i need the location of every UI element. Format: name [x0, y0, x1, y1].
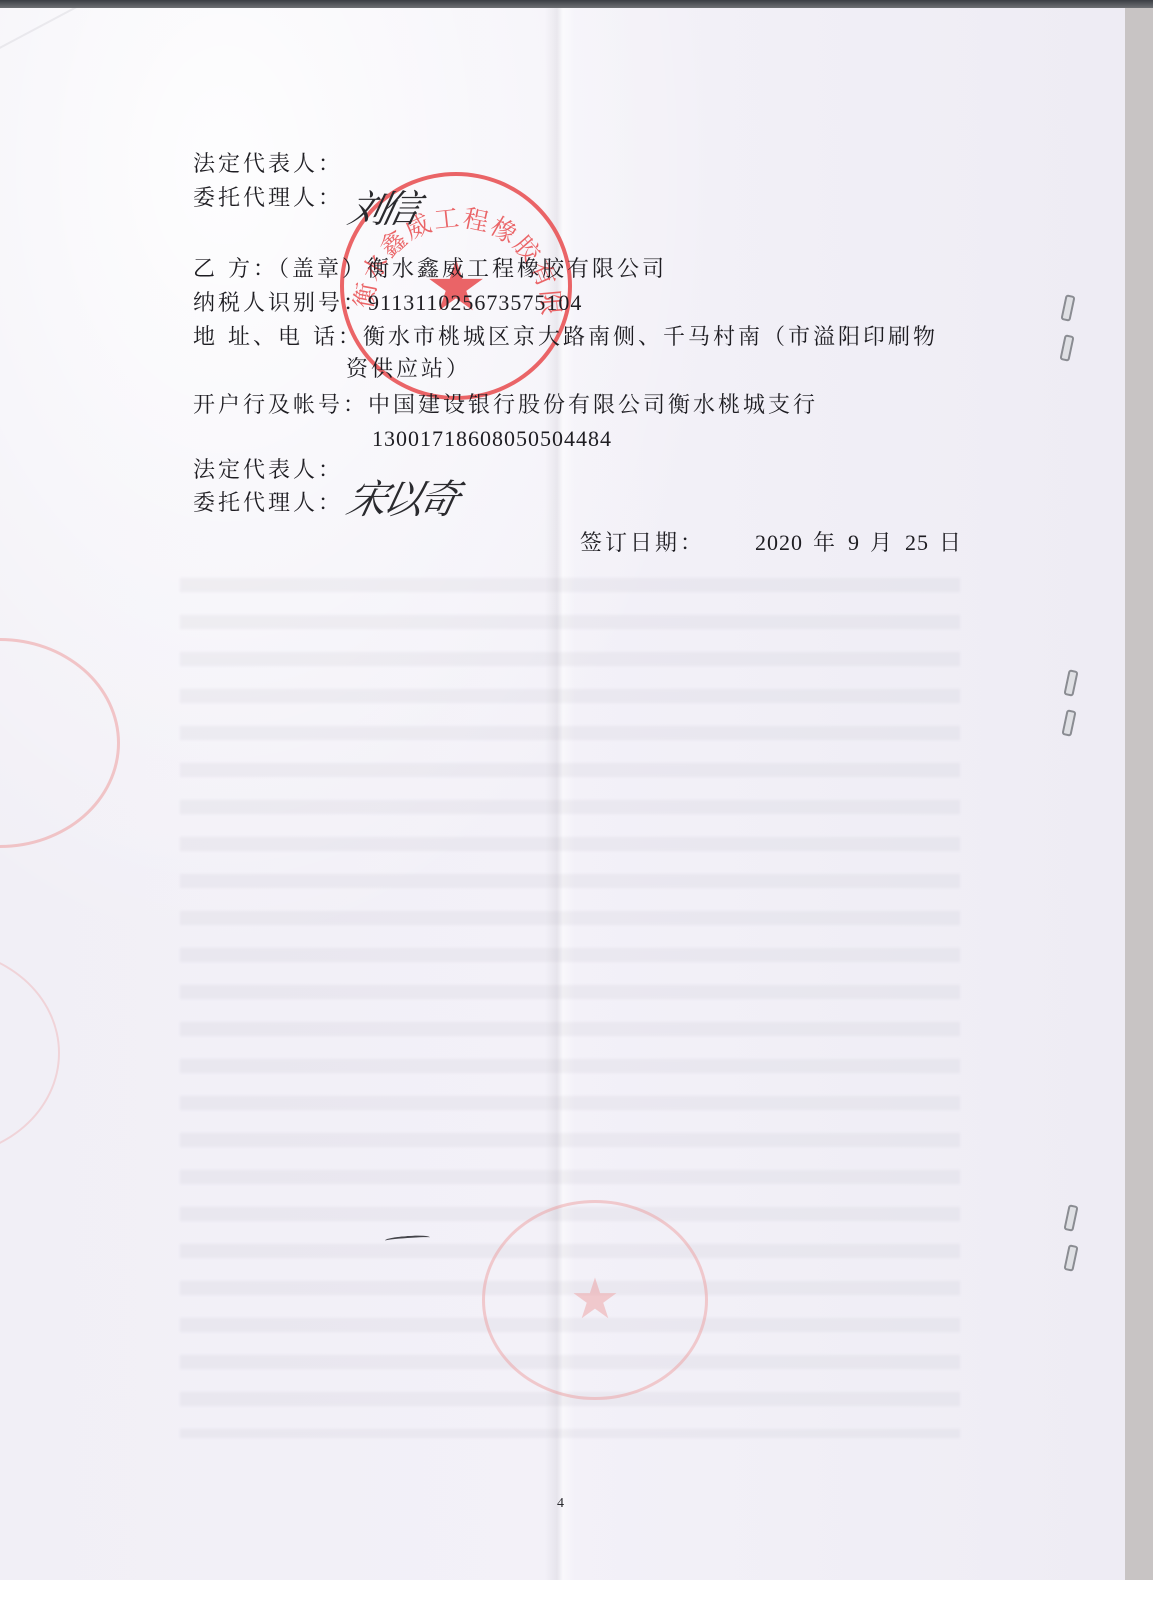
- party-a-legal-rep-label: 法定代表人：: [193, 150, 343, 180]
- party-a-agent-signature: 刘信: [344, 178, 420, 233]
- bank-account-number: 13001718608050504484: [372, 424, 612, 454]
- bank-label: 开户行及帐号：: [193, 391, 368, 421]
- party-b-agent-signature: 宋以奇: [342, 468, 462, 525]
- tax-id-value: 911311025673575104: [368, 288, 582, 318]
- signing-year-unit: 年: [813, 531, 838, 556]
- bank-line: 开户行及帐号：中国建设银行股份有限公司衡水桃城支行: [193, 391, 818, 421]
- party-a-agent-label: 委托代理人：: [193, 184, 343, 214]
- faint-stamp-bottom: ★: [482, 1200, 708, 1400]
- signing-day-unit: 日: [939, 531, 964, 556]
- faint-stamp-left-lower: [0, 948, 60, 1158]
- signing-day: 25: [905, 530, 929, 555]
- party-b-agent-label: 委托代理人：: [193, 489, 343, 519]
- signing-date-label: 签订日期：: [580, 529, 705, 559]
- tax-id-line: 纳税人识别号：911311025673575104: [193, 288, 582, 319]
- scanned-page: ★ 法定代表人： 委托代理人： 衡水鑫威工程橡胶有限公司 ★ 刘信 乙 方：（盖…: [0, 0, 1153, 1580]
- signing-month: 9: [848, 530, 860, 555]
- signing-year: 2020: [755, 530, 803, 555]
- stamp-star-icon: ★: [570, 1272, 620, 1328]
- address-label: 地 址、电 话：: [193, 323, 363, 353]
- address-value-line2: 资供应站）: [346, 355, 471, 385]
- party-b-legal-rep-line: 法定代表人：: [193, 456, 343, 486]
- signing-month-unit: 月: [870, 531, 895, 556]
- page-number: 4: [557, 1496, 564, 1512]
- party-b-name-line: 乙 方：（盖章）衡水鑫威工程橡胶有限公司: [193, 255, 667, 285]
- bank-account-line: 13001718608050504484: [372, 424, 612, 455]
- party-b-legal-rep-label: 法定代表人：: [193, 456, 343, 486]
- party-b-label: 乙 方：（盖章）: [193, 255, 367, 285]
- signing-date-line: 签订日期： 2020 年 9 月 25 日: [580, 528, 964, 559]
- party-a-agent-line: 委托代理人：: [193, 184, 343, 214]
- faint-stamp-left-upper: [0, 638, 120, 848]
- scan-bottom-margin: [0, 1580, 1153, 1600]
- party-b-name: 衡水鑫威工程橡胶有限公司: [367, 255, 667, 285]
- scanner-edge: [0, 0, 1153, 8]
- party-b-agent-line: 委托代理人：: [193, 489, 343, 519]
- address-line: 地 址、电 话：衡水市桃城区京大路南侧、千马村南（市溢阳印刷物: [193, 323, 938, 353]
- address-value-line1: 衡水市桃城区京大路南侧、千马村南（市溢阳印刷物: [363, 323, 938, 353]
- party-a-legal-rep-line: 法定代表人：: [193, 150, 343, 180]
- tax-id-label: 纳税人识别号：: [193, 289, 368, 319]
- bank-name: 中国建设银行股份有限公司衡水桃城支行: [368, 391, 818, 421]
- address-line-continued: 资供应站）: [346, 355, 471, 385]
